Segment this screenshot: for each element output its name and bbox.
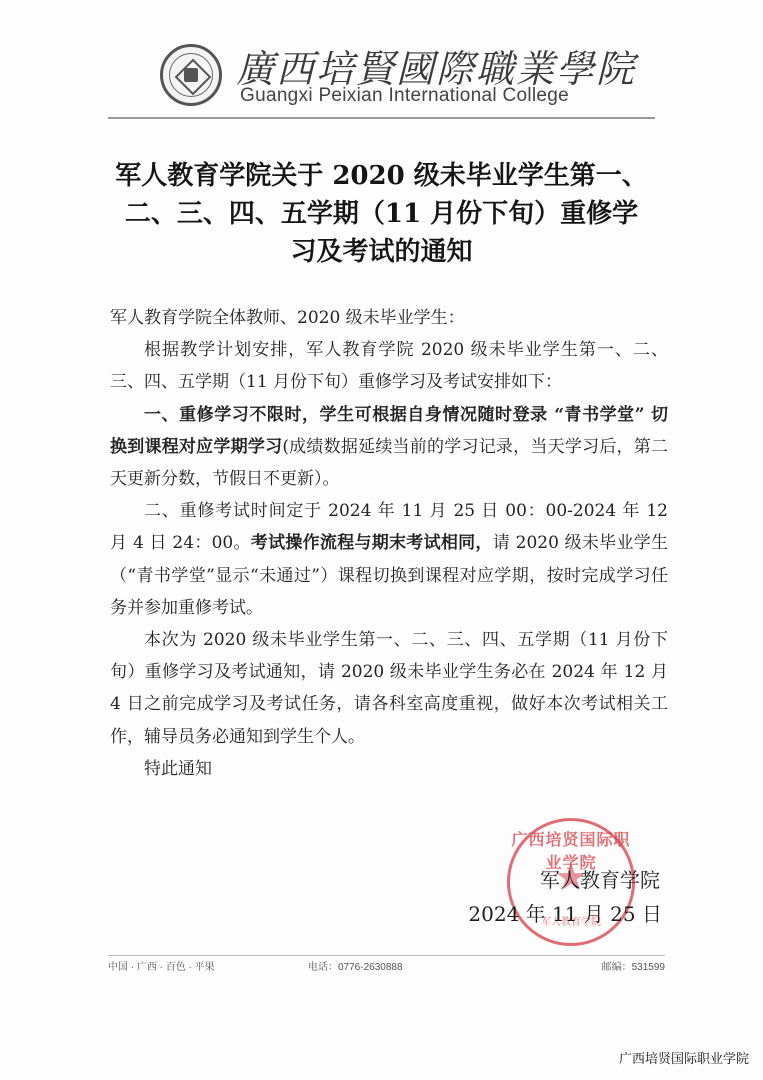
college-seal-icon	[160, 44, 222, 106]
salutation: 军人教育学院全体教师、2020 级未毕业学生：	[110, 302, 668, 334]
footer-divider	[108, 955, 665, 956]
item-2-paragraph: 二、重修考试时间定于 2024 年 11 月 25 日 00：00-2024 年…	[110, 495, 668, 624]
letterhead: 廣西培賢國際職業學院 Guangxi Peixian International…	[158, 30, 598, 110]
source-caption: 广西培贤国际职业学院	[619, 1048, 749, 1067]
notice-document-page: 廣西培賢國際職業學院 Guangxi Peixian International…	[0, 0, 763, 1080]
footer-postcode: 邮编：531599	[602, 958, 665, 973]
item-1-paragraph: 一、重修学习不限时，学生可根据自身情况随时登录 “青书学堂” 切换到课程对应学期…	[110, 399, 668, 496]
item-2-bold: 考试操作流程与期末考试相同，	[251, 533, 493, 553]
intro-paragraph: 根据教学计划安排，军人教育学院 2020 级未毕业学生第一、二、三、四、五学期（…	[110, 334, 668, 398]
closing-paragraph: 本次为 2020 级未毕业学生第一、二、三、四、五学期（11 月份下旬）重修学习…	[110, 624, 668, 753]
title-line: 军人教育学院关于 2020 级未毕业学生第一、	[70, 157, 693, 195]
seal-book-icon	[184, 68, 198, 82]
title-line: 习及考试的通知	[70, 233, 693, 271]
footer-address: 中国 · 广西 · 百色 · 平果	[108, 958, 215, 973]
special-notice: 特此通知	[110, 753, 668, 785]
header-divider	[108, 117, 655, 119]
footer-phone: 电话：0776-2630888	[308, 958, 403, 973]
document-body: 军人教育学院全体教师、2020 级未毕业学生： 根据教学计划安排，军人教育学院 …	[110, 302, 668, 785]
document-title: 军人教育学院关于 2020 级未毕业学生第一、 二、三、四、五学期（11 月份下…	[70, 157, 693, 271]
signing-date: 2024 年 11 月 25 日	[468, 898, 662, 927]
title-line: 二、三、四、五学期（11 月份下旬）重修学	[70, 195, 693, 233]
signing-organization: 军人教育学院	[540, 864, 660, 893]
school-name-english: Guangxi Peixian International College	[240, 85, 569, 107]
